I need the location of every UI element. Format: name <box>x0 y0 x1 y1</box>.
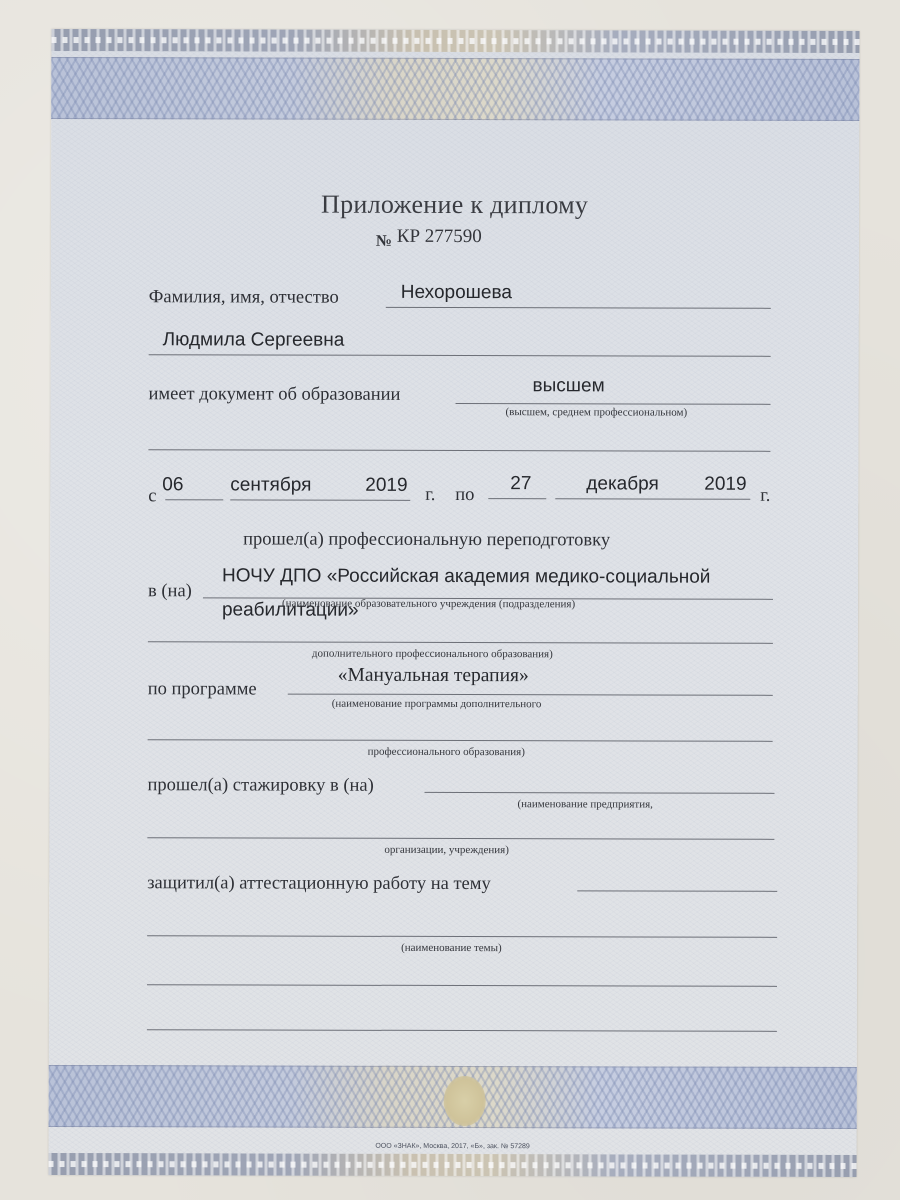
to-year-suffix: г. <box>760 486 770 507</box>
thesis-line-4 <box>147 1029 777 1032</box>
period-from-day: 06 <box>162 474 183 496</box>
fio-label: Фамилия, имя, отчество <box>149 287 339 308</box>
to-day-line <box>488 498 546 499</box>
institution-caption-1: (наименование образовательного учреждени… <box>282 598 575 611</box>
thesis-line-1 <box>577 890 777 892</box>
top-ornamental-band <box>51 29 859 123</box>
institution-caption-2: дополнительного профессионального образо… <box>312 648 553 661</box>
period-to-year: 2019 <box>704 474 746 496</box>
diploma-supplement-sheet: Приложение к диплому № КР 277590 Фамилия… <box>49 29 860 1177</box>
internship-label: прошел(а) стажировку в (на) <box>147 775 373 797</box>
education-line <box>456 403 771 405</box>
program-caption-1: (наименование программы дополнительного <box>332 698 542 711</box>
name-patronymic-value: Людмила Сергеевна <box>163 329 345 351</box>
education-label: имеет документ об образовании <box>149 384 401 406</box>
top-guilloche-strip <box>51 29 859 53</box>
period-from-year: 2019 <box>365 475 407 497</box>
education-line-2 <box>148 449 770 452</box>
thesis-label: защитил(а) аттестационную работу на тему <box>147 873 491 895</box>
seal-emblem-icon <box>444 1076 486 1126</box>
thesis-line-2 <box>147 935 777 938</box>
from-year-suffix: г. <box>425 485 435 506</box>
to-month-year-line <box>555 498 750 500</box>
retraining-text: прошел(а) профессиональную переподготовк… <box>243 529 610 551</box>
bottom-guilloche-strip <box>49 1153 857 1177</box>
printer-imprint: ООО «ЗНАК», Москва, 2017, «Б», зак. № 57… <box>49 1142 857 1151</box>
internship-line-2 <box>147 837 774 840</box>
fio-line-2 <box>149 354 771 357</box>
from-day-line <box>165 499 223 500</box>
internship-line-1 <box>425 792 775 794</box>
institution-line-2 <box>148 641 773 644</box>
education-caption: (высшем, среднем профессиональном) <box>505 406 687 418</box>
internship-caption-2: организации, учреждения) <box>384 844 509 856</box>
bottom-ornamental-band: ООО «ЗНАК», Москва, 2017, «Б», зак. № 57… <box>49 1065 857 1177</box>
program-caption-2: профессионального образования) <box>368 746 525 758</box>
internship-caption-1: (наименование предприятия, <box>517 798 652 810</box>
program-value: «Мануальная терапия» <box>338 665 529 687</box>
number-sign: № <box>376 233 392 250</box>
program-label: по программе <box>148 679 257 700</box>
education-value: высшем <box>533 375 605 397</box>
document-title: Приложение к диплому <box>321 190 588 221</box>
institution-value-line1: НОЧУ ДПО «Российская академия медико-соц… <box>222 565 710 588</box>
number-value: КР 277590 <box>397 226 482 247</box>
program-line-2 <box>148 739 773 742</box>
period-to-prefix: по <box>455 485 474 506</box>
thesis-line-3 <box>147 984 777 987</box>
thesis-caption: (наименование темы) <box>401 942 502 954</box>
from-month-year-line <box>230 499 410 500</box>
institution-label: в (на) <box>148 581 192 602</box>
surname-value: Нехорошева <box>401 282 512 304</box>
period-from-prefix: с <box>148 486 156 507</box>
program-line-1 <box>288 694 773 696</box>
period-to-month: декабря <box>586 473 659 495</box>
top-guilloche-pattern <box>51 57 859 121</box>
period-from-month: сентября <box>230 474 311 496</box>
fio-line-1 <box>386 307 771 309</box>
period-to-day: 27 <box>510 473 531 495</box>
document-number: № КР 277590 <box>376 226 482 251</box>
